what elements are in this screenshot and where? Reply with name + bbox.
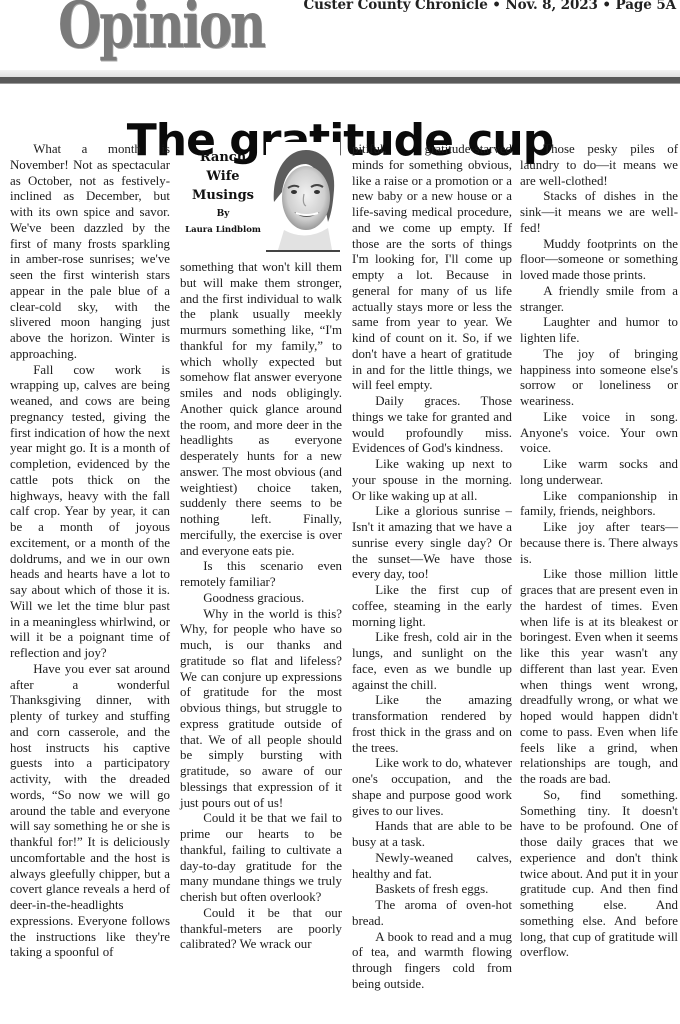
paragraph: Have you ever sat around after a wonderf… (10, 662, 170, 961)
paragraph: Stacks of dishes in the sink—it means we… (520, 189, 678, 236)
paragraph: something that won't kill them but will … (180, 260, 342, 559)
paragraph: A friendly smile from a stranger. (520, 284, 678, 316)
article-column-4: Those pesky piles of laundry to do—it me… (520, 142, 678, 961)
column-byline-box: Ranch Wife Musings By Laura Lindblom (180, 142, 342, 254)
paragraph: Like voice in song. Anyone's voice. Your… (520, 410, 678, 457)
paragraph: The aroma of oven-hot bread. (352, 898, 512, 930)
paragraph: Like joy after tears—because there is. T… (520, 520, 678, 567)
article-column-1: What a month is November! Not as spectac… (10, 142, 170, 961)
author-name: Laura Lindblom (182, 223, 264, 237)
paragraph: Like work to do, whatever one's occupati… (352, 756, 512, 819)
paragraph: Daily graces. Those things we take for g… (352, 394, 512, 457)
paragraph: Why in the world is this? Why, for peopl… (180, 607, 342, 812)
folio-line: Custer County Chronicle • Nov. 8, 2023 •… (303, 0, 676, 13)
paragraph: Those pesky piles of laundry to do—it me… (520, 142, 678, 189)
paragraph: Could it be that our thankful-meters are… (180, 906, 342, 953)
column-title: Ranch Wife Musings By Laura Lindblom (182, 148, 264, 237)
column-name-line: Musings (182, 186, 264, 205)
paragraph: Fall cow work is wrapping up, calves are… (10, 363, 170, 662)
column-name-line: Ranch (182, 148, 264, 167)
article-column-2: Ranch Wife Musings By Laura Lindblom (180, 142, 342, 953)
paragraph: So, find something. Something tiny. It d… (520, 788, 678, 961)
paragraph: Is this scenario even remotely familiar? (180, 559, 342, 591)
paragraph: Like fresh, cold air in the lungs, and s… (352, 630, 512, 693)
paragraph: Laughter and humor to lighten life. (520, 315, 678, 347)
article-column-3: pitiful, gratitude-starved minds for som… (352, 142, 512, 993)
paragraph: The joy of bringing happiness into someo… (520, 347, 678, 410)
paragraph: Could it be that we fail to prime our he… (180, 811, 342, 906)
section-title: Opinion (58, 0, 264, 58)
paragraph: A book to read and a mug of tea, and war… (352, 930, 512, 993)
paragraph: Like companionship in family, friends, n… (520, 489, 678, 521)
byline-by: By (182, 205, 264, 223)
header-rule (0, 77, 680, 84)
paragraph: Goodness gracious. (180, 591, 342, 607)
paragraph: Like the first cup of coffee, steaming i… (352, 583, 512, 630)
paragraph: Like a glorious sunrise – Isn't it amazi… (352, 504, 512, 583)
paragraph: Baskets of fresh eggs. (352, 882, 512, 898)
masthead: Custer County Chronicle • Nov. 8, 2023 •… (0, 0, 680, 92)
paragraph: Like warm socks and long underwear. (520, 457, 678, 489)
paragraph: Hands that are able to be busy at a task… (352, 819, 512, 851)
column-name-line: Wife (182, 167, 264, 186)
author-portrait-icon (266, 142, 340, 252)
paragraph: What a month is November! Not as spectac… (10, 142, 170, 363)
paragraph: pitiful, gratitude-starved minds for som… (352, 142, 512, 394)
paragraph: Muddy footprints on the floor—someone or… (520, 237, 678, 284)
paragraph: Like waking up next to your spouse in th… (352, 457, 512, 504)
paragraph: Like the amazing transformation rendered… (352, 693, 512, 756)
paragraph: Newly-weaned calves, healthy and fat. (352, 851, 512, 883)
paragraph: Like those million little graces that ar… (520, 567, 678, 788)
